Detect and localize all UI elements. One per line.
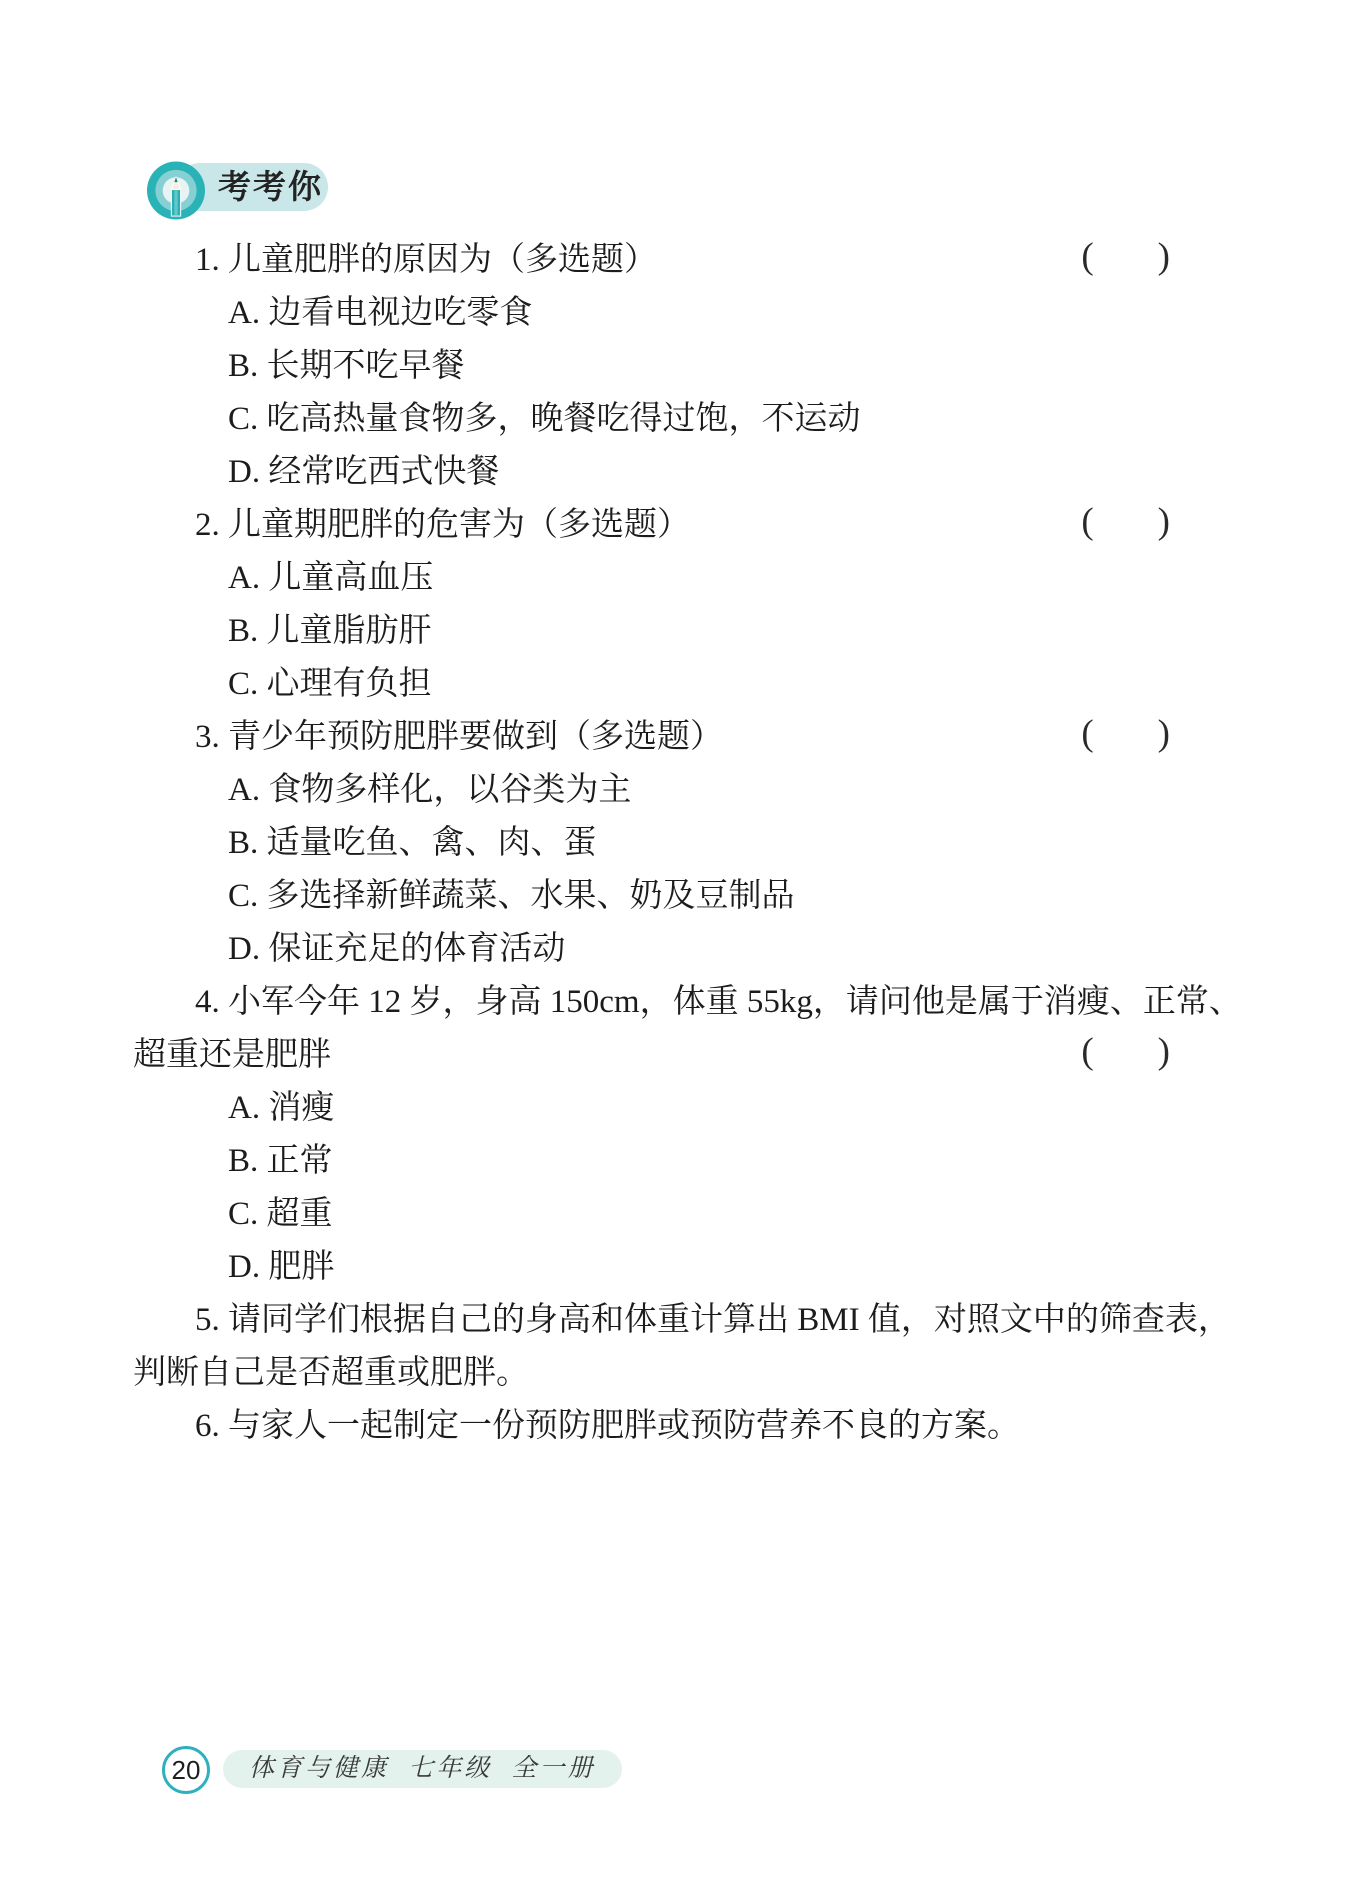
question-3-option-d: D. 保证充足的体育活动 [133, 919, 1170, 972]
section-badge: 考考你 [146, 161, 406, 221]
page-number-badge: 20 [162, 1746, 210, 1794]
question-text: 2. 儿童期肥胖的危害为（多选题） [195, 498, 690, 545]
question-2-option-b: B. 儿童脂肪肝 [133, 601, 1170, 654]
bracket-open: ( [1081, 1030, 1093, 1073]
page-footer: 20 体育与健康 七年级 全一册 [0, 1744, 1367, 1794]
bracket-open: ( [1081, 500, 1093, 543]
question-5-title-line-1: 5. 请同学们根据自己的身高和体重计算出 BMI 值，对照文中的筛查表， [133, 1290, 1170, 1343]
question-text: 3. 青少年预防肥胖要做到（多选题） [195, 710, 723, 757]
section-title: 考考你 [218, 163, 323, 211]
question-2-option-c: C. 心理有负担 [133, 654, 1170, 707]
question-2-option-a: A. 儿童高血压 [133, 548, 1170, 601]
question-1-option-c: C. 吃高热量食物多，晚餐吃得过饱，不运动 [133, 389, 1170, 442]
question-text: 1. 儿童肥胖的原因为（多选题） [195, 233, 657, 280]
question-4-option-b: B. 正常 [133, 1131, 1170, 1184]
answer-bracket: () [1081, 235, 1170, 278]
question-1-option-b: B. 长期不吃早餐 [133, 336, 1170, 389]
question-3-option-a: A. 食物多样化，以谷类为主 [133, 760, 1170, 813]
question-4-option-a: A. 消瘦 [133, 1078, 1170, 1131]
pencil-target-icon [146, 161, 206, 220]
question-2-title-line: 2. 儿童期肥胖的危害为（多选题） () [133, 495, 1170, 548]
textbook-page: 考考你 1. 儿童肥胖的原因为（多选题） () A. 边看电视边吃零食 B. 长… [0, 0, 1367, 1885]
answer-bracket: () [1081, 712, 1170, 755]
question-3-option-c: C. 多选择新鲜蔬菜、水果、奶及豆制品 [133, 866, 1170, 919]
bracket-open: ( [1081, 235, 1093, 278]
question-1-option-d: D. 经常吃西式快餐 [133, 442, 1170, 495]
answer-bracket: () [1081, 500, 1170, 543]
question-4-title-line-1: 4. 小军今年 12 岁，身高 150cm，体重 55kg，请问他是属于消瘦、正… [133, 972, 1170, 1025]
answer-bracket: () [1081, 1030, 1170, 1073]
bracket-close: ) [1158, 500, 1170, 543]
question-5-title-line-2: 判断自己是否超重或肥胖。 [133, 1343, 1170, 1396]
question-4-option-d: D. 肥胖 [133, 1237, 1170, 1290]
question-4-option-c: C. 超重 [133, 1184, 1170, 1237]
bracket-open: ( [1081, 712, 1093, 755]
question-text: 超重还是肥胖 [133, 1028, 331, 1075]
question-4-title-line-2: 超重还是肥胖 () [133, 1025, 1170, 1078]
question-1-title-line: 1. 儿童肥胖的原因为（多选题） () [133, 230, 1170, 283]
quiz-content: 1. 儿童肥胖的原因为（多选题） () A. 边看电视边吃零食 B. 长期不吃早… [133, 230, 1170, 1449]
book-title-pill: 体育与健康 七年级 全一册 [223, 1750, 622, 1788]
bracket-close: ) [1158, 1030, 1170, 1073]
question-6-title-line: 6. 与家人一起制定一份预防肥胖或预防营养不良的方案。 [133, 1396, 1170, 1449]
question-1-option-a: A. 边看电视边吃零食 [133, 283, 1170, 336]
bracket-close: ) [1158, 235, 1170, 278]
bracket-close: ) [1158, 712, 1170, 755]
question-3-title-line: 3. 青少年预防肥胖要做到（多选题） () [133, 707, 1170, 760]
question-3-option-b: B. 适量吃鱼、禽、肉、蛋 [133, 813, 1170, 866]
